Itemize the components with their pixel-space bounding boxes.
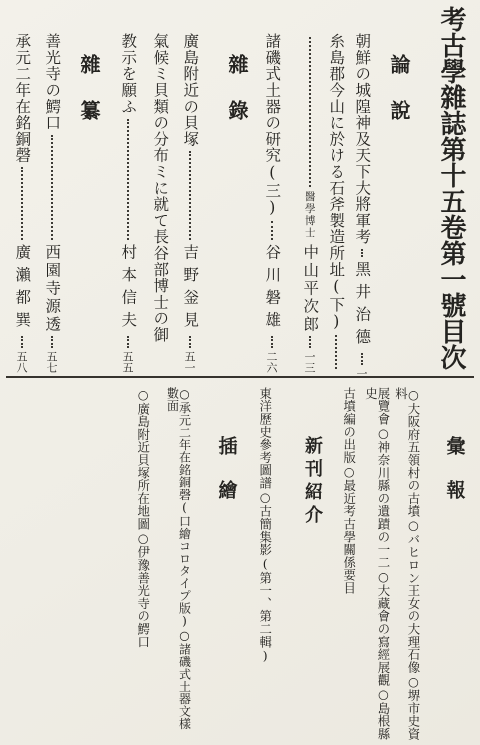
leader-dots	[361, 353, 363, 365]
page-number: 五八	[16, 351, 27, 373]
entry-title: 教示を願ふ	[120, 33, 136, 115]
author-degree: 醫學博士	[304, 191, 315, 239]
section-heading-ronsetsu: 論說	[384, 54, 414, 146]
section-heading-shinkan-shoukai: 新刊紹介	[298, 436, 326, 528]
leader-dots	[309, 336, 311, 348]
entry-title: 承元二年在銘銅磬	[14, 33, 30, 163]
page-number: 五一	[184, 351, 195, 373]
toc-entry-continuation: 醫學博士 中山平次郎 一三	[296, 33, 323, 373]
entry-title: 糸島郡今山に於ける石斧製造所址(下)	[328, 33, 344, 331]
leader-dots	[271, 221, 273, 240]
bulletin-line: ○廣島附近貝塚所在地圖○伊豫善光寺の鰐口	[130, 387, 155, 741]
toc-entry: 善光寺の鰐口 西園寺源透 五七	[38, 33, 65, 373]
bulletin-line: 展覽會○神奈川縣の遺蹟の一二○大藏會の寫經展觀○島根縣史	[364, 387, 389, 741]
toc-entry: 糸島郡今山に於ける石斧製造所址(下)	[322, 33, 349, 373]
toc-entry: 氣候ミ貝類の分布ミに就て長谷部博士の御	[146, 33, 173, 373]
author-name: 廣瀨都巽	[14, 244, 30, 334]
author-name: 中山平次郎	[302, 244, 318, 334]
leader-dots	[21, 167, 23, 240]
toc-entry-continuation: 教示を願ふ 村本信夫 五五	[114, 33, 141, 373]
toc-entry: 朝鮮の城隍神及天下大將軍考 黑井治德 一	[348, 33, 375, 373]
author-name: 西園寺源透	[44, 244, 60, 334]
leader-dots	[361, 249, 363, 257]
entry-title: 諸磯式土器の研究(三)	[264, 33, 280, 217]
author-name: 黑井治德	[354, 261, 370, 351]
leader-dots	[271, 336, 273, 348]
bulletin-line: 東洋歷史參考圖譜○古簡集影(第一、第二輯)	[252, 387, 277, 741]
section-heading-soue: 插繪	[212, 436, 240, 523]
leader-dots	[309, 37, 311, 187]
leader-dots	[189, 336, 191, 348]
entry-title: 氣候ミ貝類の分布ミに就て長谷部博士の御	[152, 33, 168, 343]
toc-entry: 廣島附近の貝塚 吉野釡見 五一	[176, 33, 203, 373]
bulletin-line: ○承元二年在銘銅磬(口繪コロタイプ版)○諸磯式土器文樣數面	[166, 387, 191, 741]
author-name: 谷川磐雄	[264, 244, 280, 334]
bulletin-line: ○大阪府五領村の古墳○バヒロン王女の大理石像○堺市史資料	[394, 387, 419, 741]
toc-entry: 承元二年在銘銅磬 廣瀨都巽 五八	[8, 33, 35, 373]
entry-title: 廣島附近の貝塚	[182, 33, 198, 147]
toc-entry: 諸磯式土器の研究(三) 谷川磐雄 二六	[258, 33, 285, 373]
toc-page: 考古學雜誌第十五卷第一號目次 論說 朝鮮の城隍神及天下大將軍考 黑井治德 一 糸…	[0, 0, 480, 745]
section-heading-zassan: 雜纂	[74, 54, 104, 146]
page-number: 五五	[122, 351, 133, 373]
leader-dots	[127, 336, 129, 348]
entry-title: 朝鮮の城隍神及天下大將軍考	[354, 33, 370, 245]
page-number: 五七	[46, 351, 57, 373]
leader-dots	[51, 336, 53, 348]
entry-title: 善光寺の鰐口	[44, 33, 60, 131]
author-name: 吉野釡見	[182, 244, 198, 334]
section-heading-ihou: 彙報	[440, 436, 468, 523]
page-number: 一三	[304, 351, 315, 373]
bulletin-line: 古墳編の出版○最近考古學關係要目	[336, 387, 361, 741]
divider-rule	[6, 376, 474, 378]
section-heading-zatsuroku: 雜錄	[222, 54, 252, 146]
journal-title: 考古學雜誌第十五卷第一號目次	[428, 6, 474, 372]
leader-dots	[51, 135, 53, 240]
leader-dots	[21, 336, 23, 348]
page-number: 二六	[266, 351, 277, 373]
leader-dots	[335, 335, 337, 369]
author-name: 村本信夫	[120, 244, 136, 334]
leader-dots	[189, 151, 191, 240]
leader-dots	[127, 119, 129, 241]
